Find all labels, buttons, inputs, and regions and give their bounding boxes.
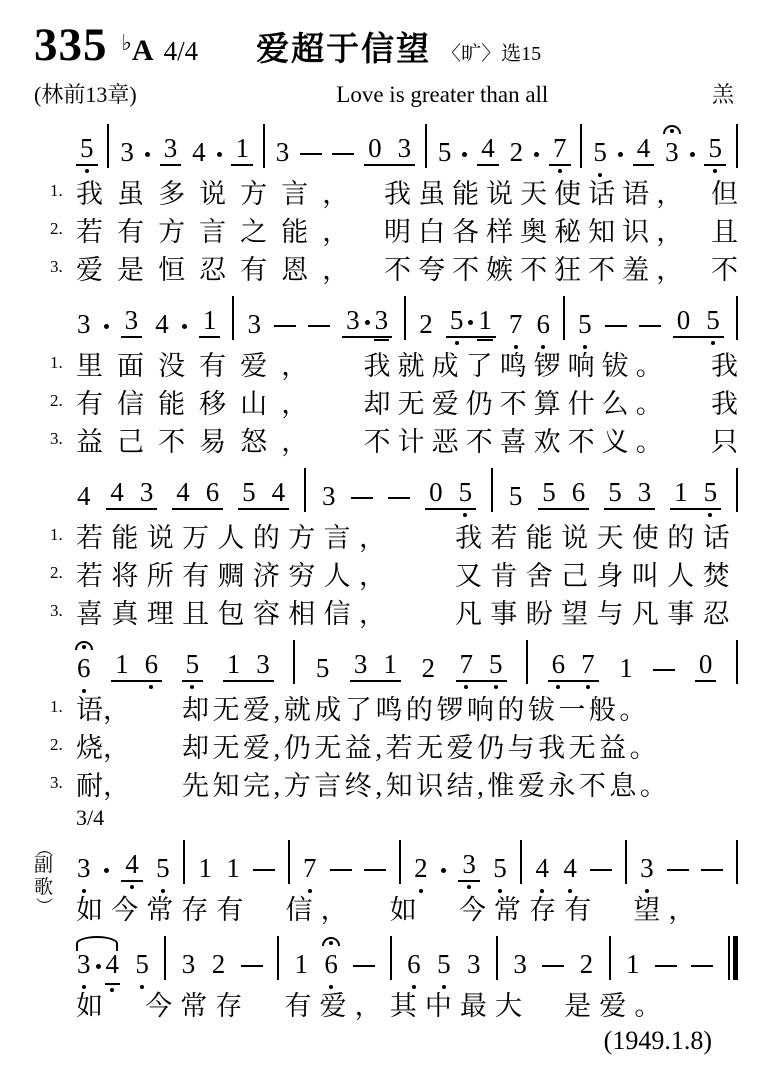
note-group: 1: [625, 951, 641, 978]
hymn-title: 爱超于信望: [256, 23, 431, 70]
duration-dash: [351, 497, 373, 500]
note-3: 3: [275, 139, 291, 166]
note-3: 3: [76, 855, 92, 882]
verse-line: 1.若能说万人的方言，我若能说天使的话: [50, 516, 740, 554]
note-1: 1: [293, 951, 309, 978]
verse-line: 2.烧，却无爱,仍无益,若无爱仍与我无益。: [50, 726, 740, 764]
note-group: 3: [664, 139, 680, 166]
note-group: 1: [618, 655, 634, 682]
refrain-lyric-line-2: 如今常存有爱，其中最大是爱。: [76, 984, 740, 1022]
note-group: 5: [492, 855, 508, 882]
composition-date: (1949.1.8): [34, 1026, 740, 1056]
verse-text: 益己不易怒，不计恶不喜欢不义。只: [76, 420, 740, 459]
note-5: 5: [436, 951, 452, 978]
low-octave-dot: [598, 173, 602, 177]
note-5: 5: [315, 655, 331, 682]
note-0: 0: [676, 307, 692, 334]
note-1: 1: [202, 307, 218, 334]
duration-dash: [605, 325, 627, 328]
barline: [736, 468, 738, 512]
duration-dash: [542, 965, 564, 968]
note-3: 3: [353, 651, 369, 678]
verse-number: 3.: [50, 257, 76, 277]
category-mark: 羔: [712, 78, 734, 109]
barline: [609, 936, 611, 980]
final-thick-bar: [733, 936, 738, 980]
verse-line: 3.益己不易怒，不计恶不喜欢不义。只: [50, 420, 740, 458]
scripture-reference: (林前13章): [34, 78, 137, 109]
lyric-segment: 信，: [286, 888, 356, 927]
note-group: 16: [111, 651, 162, 682]
verse-block-1: 1.我虽多说方言，我虽能说天使话语，但2.若有方言之能，明白各样奥秘知识，且3.…: [34, 172, 740, 286]
note-4: 4: [636, 135, 652, 162]
low-octave-dot: [82, 689, 86, 693]
verse-number: 2.: [50, 563, 76, 583]
verse-line: 2.若有方言之能，明白各样奥秘知识，且: [50, 210, 740, 248]
barline: [526, 640, 528, 684]
augmentation-dot: [534, 152, 539, 157]
verse-text: 若有方言之能，明白各样奥秘知识，且: [76, 210, 740, 249]
music-line-3: 44346543055565315: [76, 466, 738, 510]
note-group: 3: [246, 311, 262, 338]
note-3: 3: [664, 139, 680, 166]
note-group: 5: [182, 651, 204, 682]
note-1: 1: [673, 479, 689, 506]
note-group: 53: [604, 479, 655, 510]
lyric-segment: 不: [711, 248, 738, 287]
note-5: 5: [437, 139, 453, 166]
low-octave-dot: [85, 169, 89, 173]
note-group: 4: [76, 483, 92, 510]
note-4: 4: [191, 139, 207, 166]
duration-dash: [364, 869, 386, 872]
barline: [625, 840, 627, 884]
note-group: 3: [181, 951, 197, 978]
barline: [263, 124, 265, 168]
duration-dash: [667, 869, 689, 872]
note-group: 7: [549, 135, 571, 166]
barline: [580, 124, 582, 168]
note-4: 4: [105, 951, 121, 978]
low-octave-dot: [558, 169, 562, 173]
refrain-music-line-1: 345117235443: [76, 838, 738, 882]
low-octave-dot: [419, 889, 423, 893]
note-group: 2: [579, 951, 595, 978]
barline: [736, 124, 738, 168]
lyric-segment: 有爱，其中最大: [284, 984, 530, 1023]
lyric-segment: 如今常存有: [76, 888, 252, 927]
low-octave-dot: [82, 889, 86, 893]
low-octave-dot: [568, 889, 572, 893]
verse-line: 3.喜真理且包容相信，凡事盼望与凡事忍: [50, 592, 740, 630]
note-group: 46: [172, 479, 223, 510]
low-octave-dot: [467, 885, 471, 889]
note-group: 2: [420, 655, 436, 682]
lyric-segment: 爱是恒忍有恩，: [76, 248, 363, 287]
lyric-segment: 我就成了鸣锣响钹。: [364, 344, 670, 383]
low-octave-dot: [540, 889, 544, 893]
duration-dash: [388, 497, 410, 500]
note-6: 6: [76, 655, 92, 682]
note-group: 56: [538, 479, 589, 510]
note-5: 5: [607, 479, 623, 506]
note-3: 3: [246, 311, 262, 338]
note-4: 4: [154, 311, 170, 338]
note-1: 1: [225, 855, 241, 882]
augmentation-dot: [441, 868, 446, 873]
note-2: 2: [413, 855, 429, 882]
note-5: 5: [705, 307, 721, 334]
note-2: 2: [509, 139, 525, 166]
note-group: 4: [562, 855, 578, 882]
note-5: 5: [492, 855, 508, 882]
barline: [399, 840, 401, 884]
note-3: 3: [345, 307, 361, 334]
note-4: 4: [76, 483, 92, 510]
note-5: 5: [134, 951, 150, 978]
note-group: 2: [211, 951, 227, 978]
duration-dash: [653, 669, 675, 672]
augmentation-dot: [462, 152, 467, 157]
note-6: 6: [406, 951, 422, 978]
verse-line: 1.语，却无爱,就成了鸣的锣响的钹一般。: [50, 688, 740, 726]
lyric-segment: 不夸不嫉不狂不羞，: [384, 248, 690, 287]
note-3: 3: [119, 139, 135, 166]
note-3: 3: [76, 311, 92, 338]
lyric-segment: 若将所有赒济穷人，: [76, 554, 394, 593]
low-octave-dot: [455, 341, 459, 345]
note-group: 15: [670, 479, 721, 510]
low-octave-dot: [149, 685, 153, 689]
lyric-segment: 望，: [633, 888, 703, 927]
note-group: 3: [76, 311, 92, 338]
note-7: 7: [459, 651, 475, 678]
flat-icon: ♭: [122, 30, 132, 55]
barline: [425, 124, 427, 168]
augmentation-dot: [104, 324, 109, 329]
note-4: 4: [480, 135, 496, 162]
note-group: 0: [695, 651, 717, 682]
low-octave-dot: [586, 685, 590, 689]
augmentation-dot: [145, 152, 150, 157]
lyric-segment: 耐，: [76, 764, 130, 803]
note-3: 3: [139, 479, 155, 506]
barline: [563, 296, 565, 340]
verse-line: 2.有信能移山，却无爱仍不算什么。我: [50, 382, 740, 420]
barline: [491, 468, 493, 512]
note-5: 5: [703, 479, 719, 506]
note-3: 3: [461, 851, 477, 878]
low-octave-dot: [412, 985, 416, 989]
note-3: 3: [374, 307, 390, 334]
fermata-icon: [322, 937, 340, 946]
note-7: 7: [580, 651, 596, 678]
lyric-segment: 却无爱,仍无益,若无爱仍与我无益。: [182, 726, 660, 765]
low-octave-dot: [82, 985, 86, 989]
lyric-segment: 却无爱仍不算什么。: [364, 382, 670, 421]
english-title: Love is greater than all: [336, 82, 548, 108]
barline: [164, 936, 166, 980]
verse-line: 3.爱是恒忍有恩，不夸不嫉不狂不羞，不: [50, 248, 740, 286]
verse-text: 若能说万人的方言，我若能说天使的话: [76, 516, 740, 555]
note-5: 5: [577, 311, 593, 338]
sheet-music-page: 335 ♭A 4/4 爱超于信望 〈旷〉选15 (林前13章) Love is …: [0, 0, 774, 1088]
note-group: 1: [293, 951, 309, 978]
barline: [183, 840, 185, 884]
refrain-label-char: ）: [37, 897, 50, 914]
refrain-time-signature: 3/4: [76, 806, 740, 830]
barline: [390, 936, 392, 980]
note-3: 3: [255, 651, 271, 678]
note-0: 0: [367, 135, 383, 162]
lyric-segment: 先知完,方言终,知识结,惟爱永不息。: [182, 764, 670, 803]
low-octave-dot: [161, 889, 165, 893]
lyric-segment: 烧，: [76, 726, 130, 765]
note-group: 5: [134, 951, 150, 978]
note-7: 7: [302, 855, 318, 882]
note-group: 3: [275, 139, 291, 166]
lyric-segment: 凡事盼望与凡事忍: [455, 592, 738, 631]
note-5: 5: [79, 135, 95, 162]
lyric-segment: 如: [390, 888, 425, 927]
note-group: 4: [191, 139, 207, 166]
verse-number: 1.: [50, 181, 76, 201]
note-group: 4: [121, 851, 143, 882]
note-3: 3: [637, 479, 653, 506]
low-octave-dot: [442, 985, 446, 989]
note-5: 5: [541, 479, 557, 506]
note-6: 6: [535, 311, 551, 338]
lyric-segment: 喜真理且包容相信，: [76, 592, 394, 631]
note-3: 3: [512, 951, 528, 978]
low-octave-dot: [556, 685, 560, 689]
duration-dash: [241, 965, 263, 968]
note-group: 75: [456, 651, 507, 682]
note-group: 4: [535, 855, 551, 882]
barline: [496, 936, 498, 980]
refrain-section: 3/4 （副歌） 345117235443 如今常存有信，如今常存有望， 345…: [34, 806, 740, 1022]
verse-number: 1.: [50, 525, 76, 545]
note-group: 5: [577, 311, 593, 338]
low-octave-dot: [140, 985, 144, 989]
note-group: 05: [425, 479, 476, 510]
lyric-segment: 语，: [76, 688, 130, 727]
note-group: 2: [413, 855, 429, 882]
note-3: 3: [321, 483, 337, 510]
verse-number: 3.: [50, 773, 76, 793]
note-4: 4: [109, 479, 125, 506]
note-group: 6: [406, 951, 422, 978]
low-octave-dot: [498, 889, 502, 893]
verse-number: 2.: [50, 391, 76, 411]
note-5: 5: [707, 135, 723, 162]
refrain-label-char: 副: [34, 855, 53, 877]
hymn-number: 335: [34, 18, 108, 72]
barline: [232, 296, 234, 340]
key-signature: ♭A: [122, 30, 154, 68]
note-group: 5: [155, 855, 171, 882]
verse-text: 我虽多说方言，我虽能说天使话语，但: [76, 172, 740, 211]
note-group: 3: [76, 855, 92, 882]
barline: [107, 124, 109, 168]
note-group: 5: [704, 135, 726, 166]
duration-dash: [330, 869, 352, 872]
duration-dash: [332, 153, 354, 156]
note-6: 6: [205, 479, 221, 506]
verse-number: 3.: [50, 429, 76, 449]
music-line-4: 6165135312756710: [76, 638, 738, 682]
note-3: 3: [163, 135, 179, 162]
note-5: 5: [185, 651, 201, 678]
note-group: 3: [466, 951, 482, 978]
verse-text: 有信能移山，却无爱仍不算什么。我: [76, 382, 740, 421]
low-octave-dot: [463, 513, 467, 517]
note-0: 0: [428, 479, 444, 506]
low-octave-dot: [308, 889, 312, 893]
lyric-segment: 是爱。: [564, 984, 669, 1023]
note-group: 3: [458, 851, 480, 882]
verse-number: 2.: [50, 219, 76, 239]
lyric-segment: 我虽能说天使话语，: [384, 172, 690, 211]
note-2: 2: [420, 655, 436, 682]
note-group: 7: [302, 855, 318, 882]
note-group: 1: [225, 855, 241, 882]
duration-dash: [274, 325, 296, 328]
verse-text: 里面没有爱，我就成了鸣锣响钹。我: [76, 344, 740, 383]
note-group: 1: [199, 307, 221, 338]
note-group: 03: [364, 135, 415, 166]
duration-dash: [701, 869, 723, 872]
time-signature: 4/4: [164, 36, 199, 67]
header: 335 ♭A 4/4 爱超于信望 〈旷〉选15: [34, 18, 740, 76]
refrain-label: （副歌）: [34, 842, 53, 912]
low-octave-dot: [541, 345, 545, 349]
note-3: 3: [639, 855, 655, 882]
augmentation-dot: [104, 868, 109, 873]
refrain-lyric-line-1: 如今常存有信，如今常存有望，: [76, 888, 740, 926]
note-group: 5: [315, 655, 331, 682]
duration-dash: [308, 325, 330, 328]
verse-line: 1.我虽多说方言，我虽能说天使话语，但: [50, 172, 740, 210]
lyric-segment: 不计恶不喜欢不义。: [364, 420, 670, 459]
note-group: 33: [342, 307, 392, 338]
note-5: 5: [241, 479, 257, 506]
barline: [304, 468, 306, 512]
note-3: 3: [397, 135, 413, 162]
note-group: 43: [106, 479, 157, 510]
note-6: 6: [551, 651, 567, 678]
verse-text: 喜真理且包容相信，凡事盼望与凡事忍: [76, 592, 740, 631]
slur-note-group: 34: [76, 951, 120, 978]
note-5: 5: [592, 139, 608, 166]
note-group: 5: [437, 139, 453, 166]
note-2: 2: [211, 951, 227, 978]
lyric-segment: 如: [76, 984, 111, 1023]
refrain-label-char: （: [37, 840, 50, 857]
note-4: 4: [124, 851, 140, 878]
note-2: 2: [418, 311, 434, 338]
lyric-segment: 里面没有爱，: [76, 344, 322, 383]
note-7: 7: [508, 311, 524, 338]
barline: [736, 840, 738, 884]
note-group: 2: [509, 139, 525, 166]
duration-dash: [300, 153, 322, 156]
header-subrow: (林前13章) Love is greater than all 羔: [34, 78, 740, 114]
augmentation-dot: [96, 964, 101, 969]
note-group: 51: [446, 307, 496, 338]
note-4: 4: [562, 855, 578, 882]
low-octave-dot: [494, 685, 498, 689]
note-group: 4: [633, 135, 655, 166]
note-7: 7: [552, 135, 568, 162]
lyric-segment: 有信能移山，: [76, 382, 322, 421]
final-thin-bar: [728, 936, 730, 980]
lyric-segment: 我若能说天使的话: [455, 516, 738, 555]
note-3: 3: [124, 307, 140, 334]
note-group: 3: [121, 307, 143, 338]
note-5: 5: [488, 651, 504, 678]
lyric-segment: 且: [711, 210, 738, 249]
note-6: 6: [144, 651, 160, 678]
note-group: 3: [512, 951, 528, 978]
note-group: 3: [160, 135, 182, 166]
duration-dash: [353, 965, 375, 968]
note-5: 5: [449, 307, 465, 334]
verse-text: 烧，却无爱,仍无益,若无爱仍与我无益。: [76, 726, 740, 765]
lyric-segment: 只: [711, 420, 738, 459]
low-octave-dot: [190, 685, 194, 689]
note-group: 6: [76, 655, 92, 682]
note-1: 1: [382, 651, 398, 678]
barline: [404, 296, 406, 340]
barline: [277, 936, 279, 980]
verse-block-2: 1.里面没有爱，我就成了鸣锣响钹。我2.有信能移山，却无爱仍不算什么。我3.益己…: [34, 344, 740, 458]
verse-number: 3.: [50, 601, 76, 621]
note-group: 5: [592, 139, 608, 166]
duration-dash: [691, 965, 713, 968]
low-octave-dot: [329, 985, 333, 989]
verse-text: 耐，先知完,方言终,知识结,惟爱永不息。: [76, 764, 740, 803]
lyric-segment: 今常存: [145, 984, 250, 1023]
lyric-segment: 我虽多说方言，: [76, 172, 363, 211]
augmentation-dot: [365, 320, 370, 325]
barline: [736, 640, 738, 684]
refrain-label-char: 歌: [34, 877, 53, 899]
low-octave-dot: [713, 169, 717, 173]
lyric-segment: 我: [711, 382, 738, 421]
note-4: 4: [175, 479, 191, 506]
note-4: 4: [535, 855, 551, 882]
note-group: 13: [223, 651, 274, 682]
note-group: 67: [548, 651, 599, 682]
low-octave-dot: [464, 685, 468, 689]
verse-number: 2.: [50, 735, 76, 755]
note-group: 3: [119, 139, 135, 166]
verse-text: 语，却无爱,就成了鸣的锣响的钹一般。: [76, 688, 740, 727]
lyric-segment: 今常存有: [459, 888, 599, 927]
refrain-music-line-2: 3453216653321: [76, 934, 738, 978]
lyric-segment: 却无爱,就成了鸣的锣响的钹一般。: [182, 688, 650, 727]
note-1: 1: [114, 651, 130, 678]
barline: [520, 840, 522, 884]
note-group: 7: [508, 311, 524, 338]
duration-dash: [253, 869, 275, 872]
verse-line: 3.耐，先知完,方言终,知识结,惟爱永不息。: [50, 764, 740, 802]
key-letter: A: [132, 34, 154, 67]
note-6: 6: [571, 479, 587, 506]
note-4: 4: [271, 479, 287, 506]
low-octave-dot: [583, 345, 587, 349]
